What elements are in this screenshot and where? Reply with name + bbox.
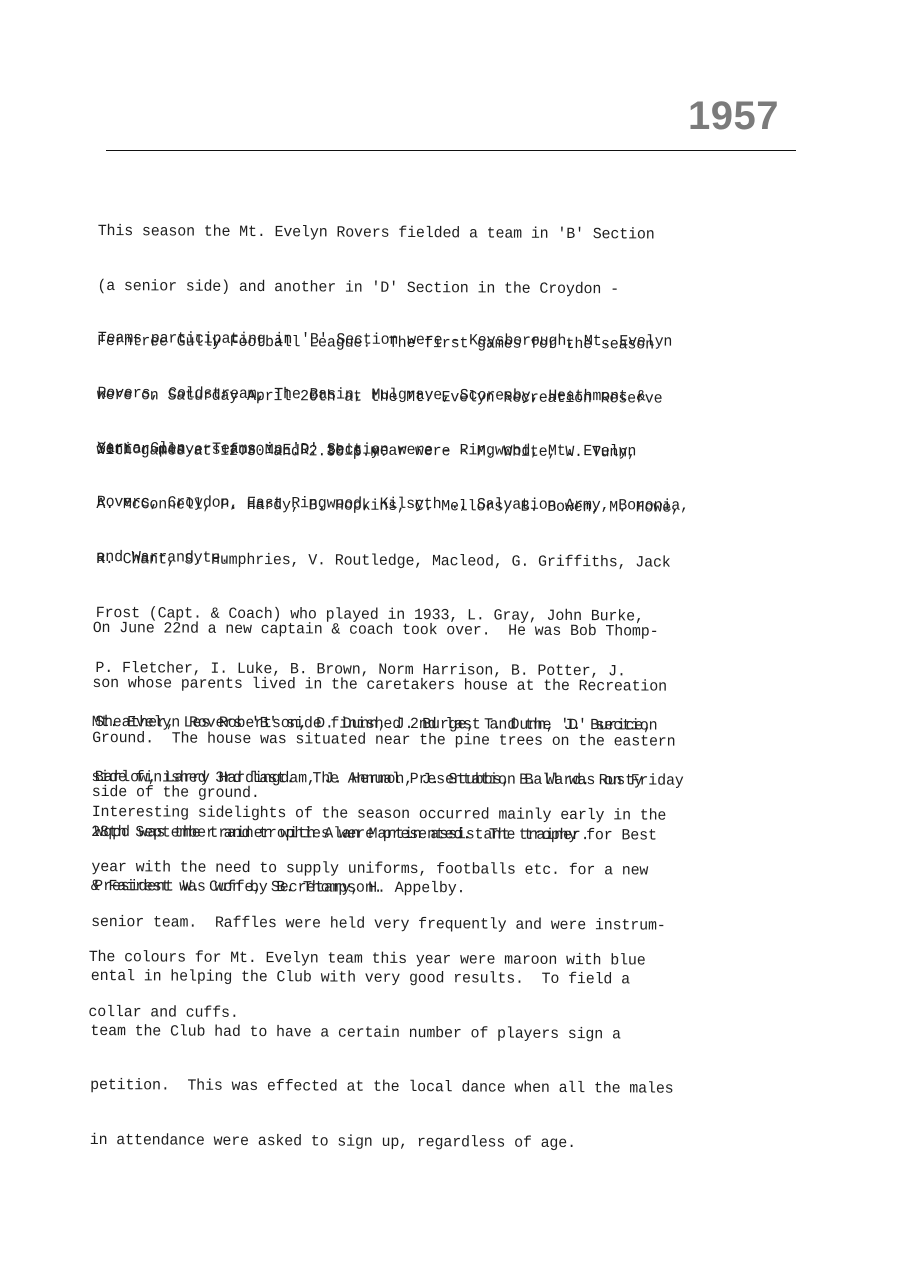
text-line: year with the need to supply uniforms, f… — [91, 858, 675, 880]
text-line: This season the Mt. Evelyn Rovers fielde… — [98, 222, 664, 244]
text-line: collar and cuffs. — [88, 1003, 645, 1025]
text-line: R. Chant, S. Humphries, V. Routledge, Ma… — [96, 550, 680, 572]
text-line: Rovers, Coldstream, The Basin, Mulgrave,… — [97, 384, 689, 406]
text-line: The colours for Mt. Evelyn team this yea… — [89, 948, 646, 970]
text-line: in attendance were asked to sign up, reg… — [90, 1131, 674, 1153]
text-line: petition. This was effected at the local… — [90, 1076, 674, 1098]
page-year-heading: 1957 — [688, 92, 779, 140]
paragraph-team-colours: The colours for Mt. Evelyn team this yea… — [88, 912, 646, 1061]
text-line: On June 22nd a new captain & coach took … — [93, 619, 677, 641]
text-line: Mt. Evelyn Rovers 'B' side finished 2nd … — [92, 713, 684, 735]
heading-divider — [106, 150, 796, 151]
text-line: A. McConnell, P. Hardy, B. Hopkins, C. M… — [96, 495, 680, 517]
text-line: Interesting sidelights of the season occ… — [92, 803, 676, 825]
text-line: Senior players for M.E.R. this year were… — [97, 440, 681, 462]
text-line: Teams participating in 'B' Section were … — [98, 329, 690, 351]
